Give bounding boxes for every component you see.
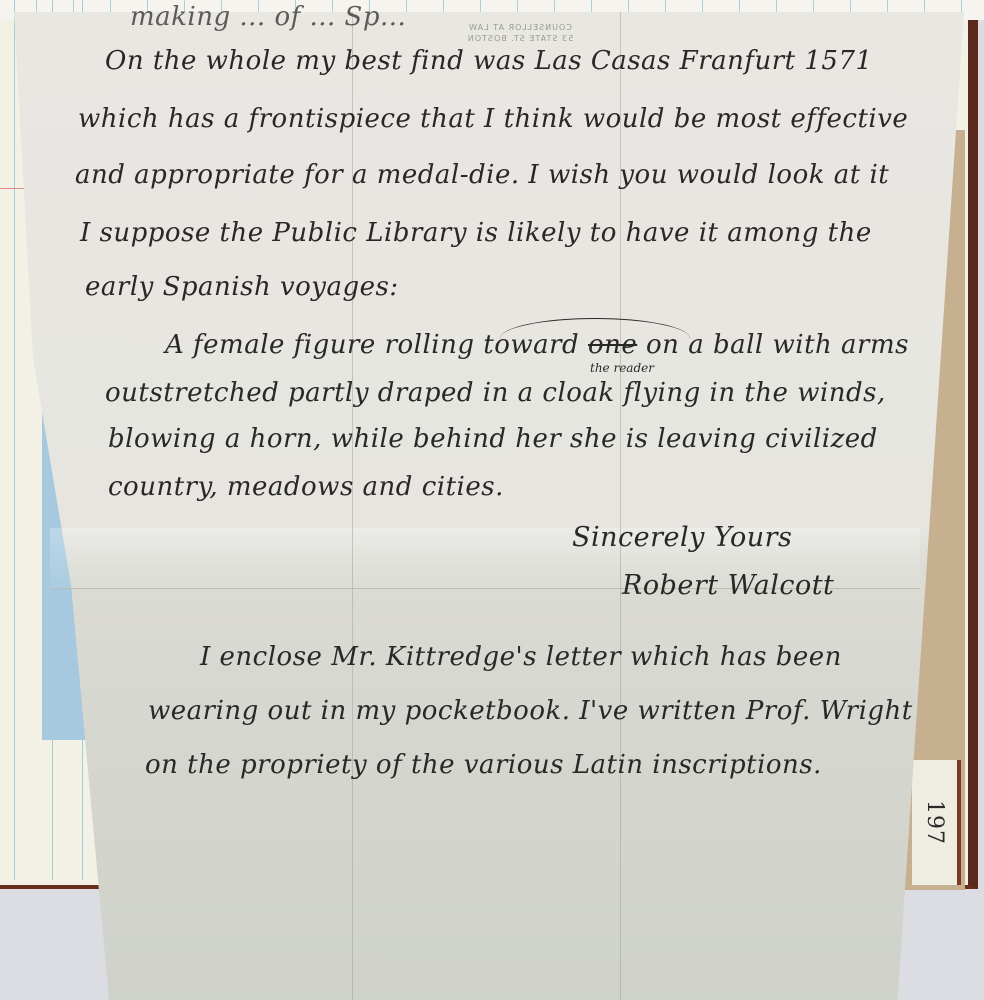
- signature: Robert Walcott: [622, 570, 834, 601]
- page-number: 197: [922, 800, 947, 845]
- inserted-text: the reader: [590, 361, 654, 375]
- description-line: outstretched partly draped in a cloak fl…: [105, 378, 886, 408]
- closing: Sincerely Yours: [572, 522, 792, 553]
- description-line: A female figure rolling toward one on a …: [165, 330, 909, 360]
- postscript-line: on the propriety of the various Latin in…: [145, 750, 822, 780]
- description-text: A female figure rolling toward: [165, 330, 579, 360]
- letterhead-line: 53 STATE ST. BOSTON: [425, 33, 615, 44]
- description-line: country, meadows and cities.: [108, 472, 504, 502]
- postscript-line: wearing out in my pocketbook. I've writt…: [148, 696, 913, 726]
- letter-line: which has a frontispiece that I think wo…: [78, 104, 908, 134]
- description-text: on a ball with arms: [646, 330, 909, 360]
- postscript-line: I enclose Mr. Kittredge's letter which h…: [200, 642, 842, 672]
- letter-line: I suppose the Public Library is likely t…: [80, 218, 872, 248]
- letter-line: early Spanish voyages:: [85, 272, 399, 302]
- letterhead-line: COUNSELLOR AT LAW: [425, 22, 615, 33]
- letter-line: On the whole my best find was Las Casas …: [105, 46, 873, 76]
- letter-line: and appropriate for a medal-die. I wish …: [75, 160, 889, 190]
- ledger-page-number-tab: 197: [912, 760, 961, 885]
- struck-word: one: [588, 330, 637, 360]
- letterhead-show-through: COUNSELLOR AT LAW 53 STATE ST. BOSTON: [425, 22, 615, 44]
- letter-cut-off-line: making ... of ... Sp...: [130, 2, 406, 32]
- ledger-rule-line: [14, 0, 15, 880]
- description-line: blowing a horn, while behind her she is …: [108, 424, 878, 454]
